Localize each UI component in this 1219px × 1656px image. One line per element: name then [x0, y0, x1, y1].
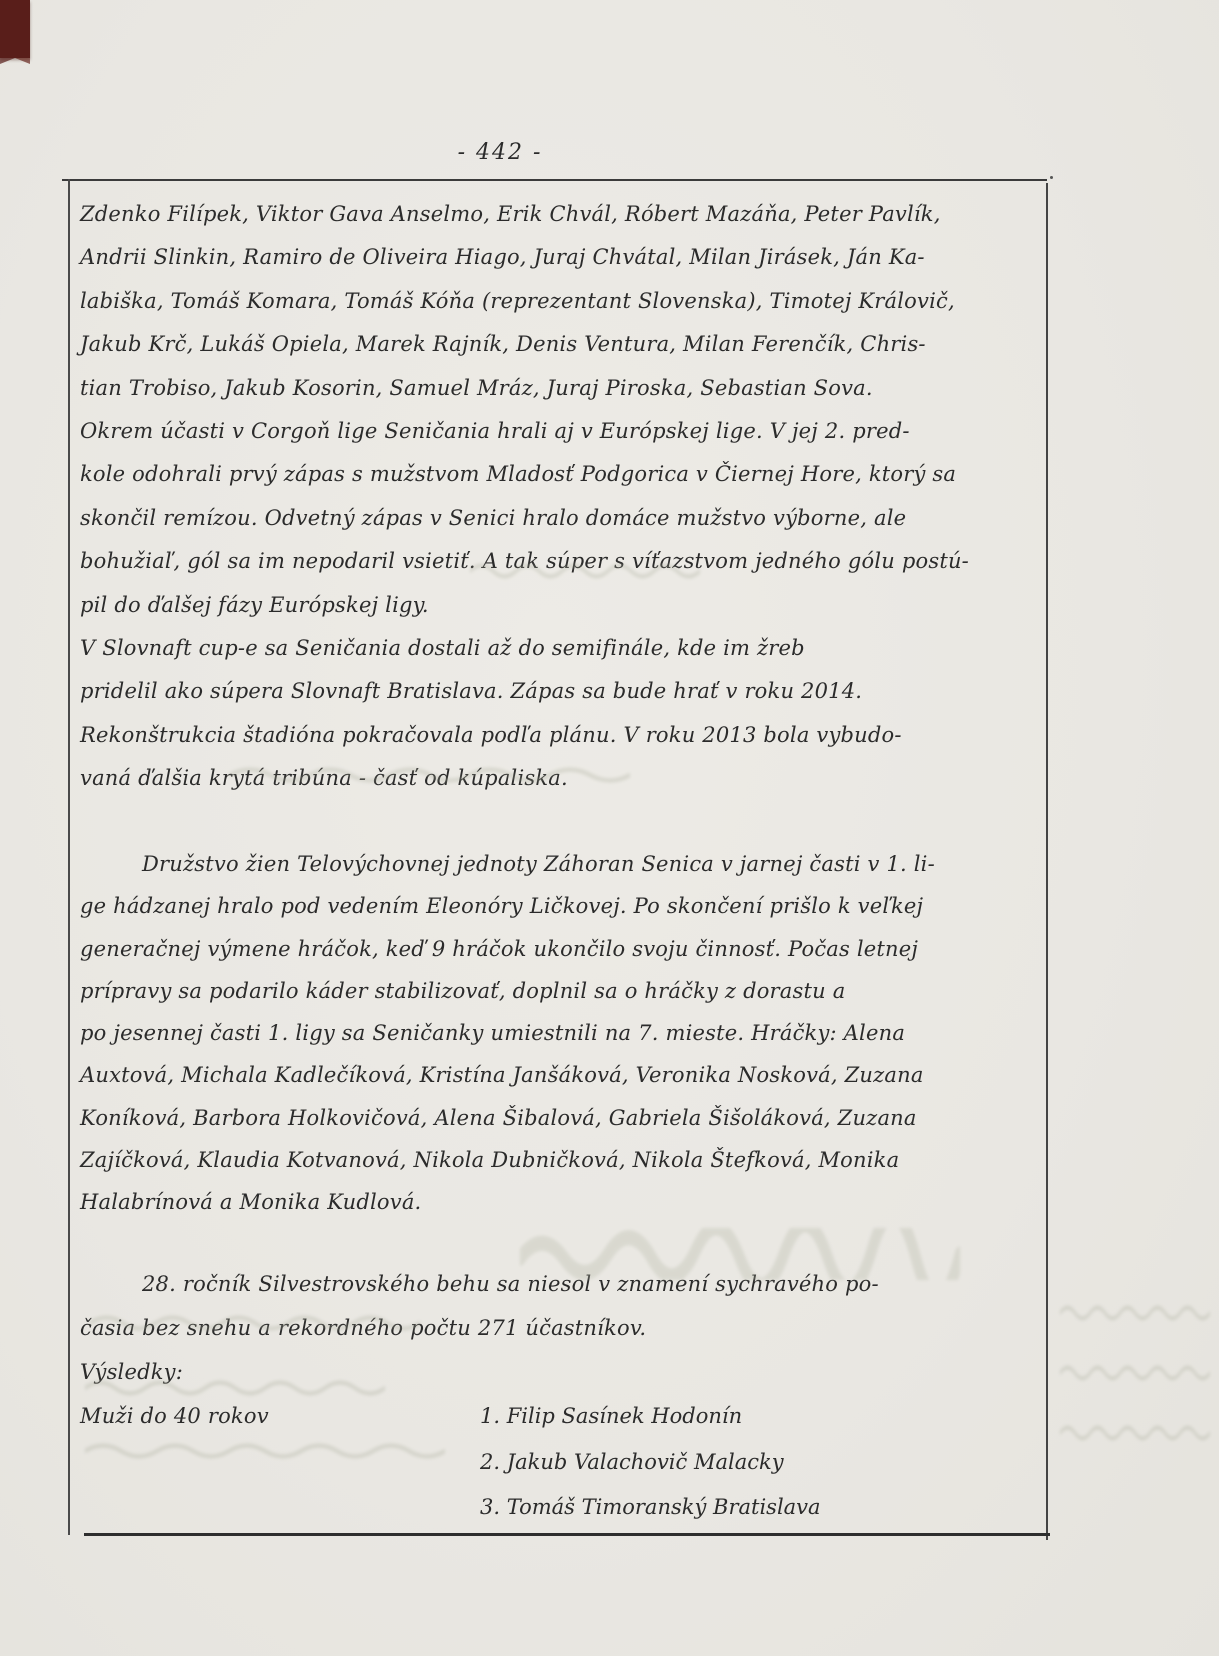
paragraph-handball-women: Družstvo žien Telovýchovnej jednoty Záho… [80, 843, 1030, 1224]
text-line: Andrii Slinkin, Ramiro de Oliveira Hiago… [80, 236, 1030, 279]
text-line: ge hádzanej hralo pod vedením Eleonóry L… [80, 885, 1030, 927]
text-line: Okrem účasti v Corgoň lige Seničania hra… [80, 410, 1030, 453]
paragraph-football-season: Zdenko Filípek, Viktor Gava Anselmo, Eri… [80, 193, 1030, 800]
text-line: kole odohrali prvý zápas s mužstvom Mlad… [80, 453, 1030, 496]
bleed-through-mark [85, 1438, 445, 1464]
text-line: pridelil ako súpera Slovnaft Bratislava.… [80, 670, 1030, 713]
bleed-through-mark [520, 1228, 960, 1280]
text-line: generačnej výmene hráčok, keď 9 hráčok u… [80, 928, 1030, 970]
frame-line-right [1046, 183, 1048, 1540]
text-line: Koníková, Barbora Holkovičová, Alena Šib… [80, 1097, 1030, 1139]
frame-line-top [62, 179, 1047, 181]
text-line: Družstvo žien Telovýchovnej jednoty Záho… [80, 843, 1030, 885]
run-results-list: 1. Filip Sasínek Hodonín2. Jakub Valacho… [480, 1394, 821, 1531]
bleed-through-mark [85, 1375, 385, 1401]
text-line: Zajíčková, Klaudia Kotvanová, Nikola Dub… [80, 1139, 1030, 1181]
text-line: Auxtová, Michala Kadlečíková, Kristína J… [80, 1054, 1030, 1096]
bleed-through-mark [1060, 1360, 1210, 1386]
text-line: po jesennej časti 1. ligy sa Seničanky u… [80, 1012, 1030, 1054]
frame-line-left [68, 179, 70, 1535]
bleed-through-mark [1060, 1420, 1210, 1446]
frame-line-bottom [84, 1533, 1050, 1536]
text-line: 2. Jakub Valachovič Malacky [480, 1440, 821, 1486]
ink-dot [1050, 176, 1053, 179]
text-line: Jakub Krč, Lukáš Opiela, Marek Rajník, D… [80, 323, 1030, 366]
text-line: V Slovnaft cup-e sa Seničania dostali až… [80, 627, 1030, 670]
bleed-through-mark [230, 762, 630, 788]
text-line: 1. Filip Sasínek Hodonín [480, 1394, 821, 1440]
bleed-through-mark [90, 1310, 420, 1336]
page-number: - 442 - [440, 140, 560, 165]
text-line: pil do ďalšej fázy Európskej ligy. [80, 584, 1030, 627]
text-line: Rekonštrukcia štadióna pokračovala podľa… [80, 714, 1030, 757]
text-line: tian Trobiso, Jakub Kosorin, Samuel Mráz… [80, 367, 1030, 410]
text-line: labiška, Tomáš Komara, Tomáš Kóňa (repre… [80, 280, 1030, 323]
bleed-through-mark [1060, 1300, 1210, 1326]
text-line: prípravy sa podarilo káder stabilizovať,… [80, 970, 1030, 1012]
text-line: 3. Tomáš Timoranský Bratislava [480, 1485, 821, 1531]
bleed-through-mark [470, 558, 700, 584]
text-line: Zdenko Filípek, Viktor Gava Anselmo, Eri… [80, 193, 1030, 236]
text-line: Halabrínová a Monika Kudlová. [80, 1181, 1030, 1223]
bookmark-ribbon [0, 0, 30, 58]
scanned-page: - 442 - Zdenko Filípek, Viktor Gava Anse… [0, 0, 1219, 1656]
text-line: skončil remízou. Odvetný zápas v Senici … [80, 497, 1030, 540]
